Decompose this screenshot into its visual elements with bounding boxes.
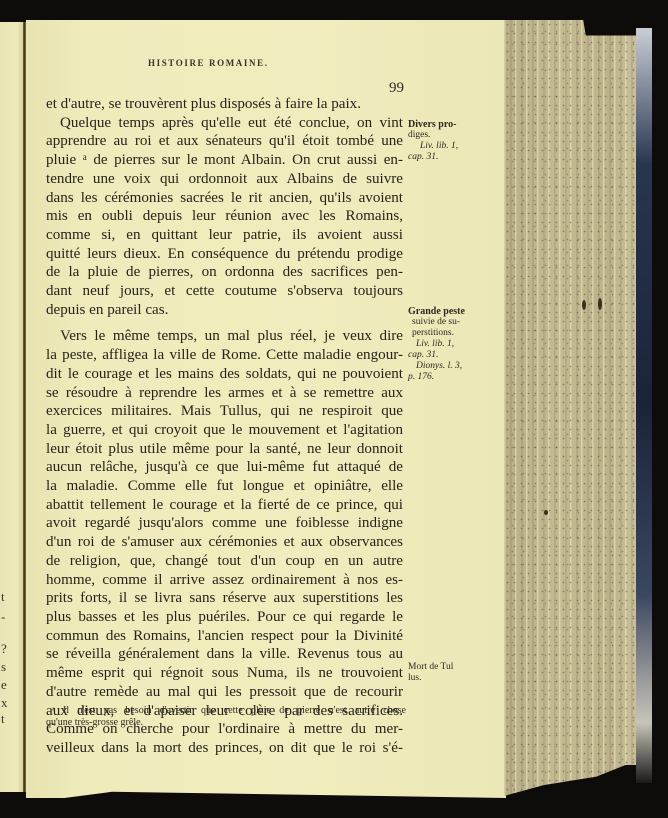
text-line: homme, comme il arrive assez ordinaireme… — [46, 571, 403, 590]
speckled-edge-texture — [504, 20, 636, 796]
facing-page-fragment: t — [1, 590, 5, 604]
text-line: même esprit qui régnoit sous Numa, ils n… — [46, 664, 403, 683]
footnote: ᵃ Il n'est pas besoin d'avertir que cett… — [46, 705, 406, 729]
text-line: commun des Romains, l'ancien respect pou… — [46, 627, 403, 646]
text-line: depuis en pareil cas. — [46, 301, 403, 320]
text-line: prits forts, il se livra sans réserve au… — [46, 589, 403, 608]
text-line: tendre une voix qui ordonnoit aux Albain… — [46, 170, 403, 189]
ink-spot — [544, 510, 548, 515]
text-line: de religion, que, changé tout d'un coup … — [46, 552, 403, 571]
text-line: quitté leurs dieux. En conséquence du pr… — [46, 245, 403, 264]
text-line: la peste, affligea la ville de Rome. Cet… — [46, 346, 403, 365]
text-line: d'autre remède au mal qui les pressoit q… — [46, 683, 403, 702]
facing-page-fragment: t — [1, 712, 5, 726]
margin-note-prodiges: Divers pro- diges. Liv. lib. 1, cap. 31. — [408, 119, 458, 163]
facing-page-fragment: s — [1, 660, 6, 674]
text-line: aucun relâche, jusqu'à ce que lui-même f… — [46, 458, 403, 477]
facing-page-fragment: ? — [1, 642, 7, 656]
text-line: de la pluie de pierres, on ordonna des s… — [46, 263, 403, 282]
facing-page-fragment: e — [1, 678, 7, 692]
text-line: leur étoit plus utile même pour la santé… — [46, 440, 403, 459]
text-line: exercices militaires. Mais Tullus, qui n… — [46, 402, 403, 421]
ink-spot — [598, 298, 602, 310]
footnote-line: ᵃ Il n'est pas besoin d'avertir que cett… — [46, 705, 406, 717]
footnote-line: qu'une très-grosse grêle. — [46, 717, 406, 729]
text-line: abattit tellement le courage et la fiert… — [46, 496, 403, 515]
margin-note-peste: Grande peste suivie de su- perstitions. … — [408, 306, 465, 383]
text-line: apprendre au roi et aux sénateurs qu'il … — [46, 132, 403, 151]
text-line: Quelque temps après qu'elle eut été conc… — [46, 114, 403, 133]
text-line: se réveilla généralement dans la ville. … — [46, 645, 403, 664]
text-line: et d'autre, se trouvèrent plus disposés … — [46, 95, 403, 114]
text-line: se résoudre à reprendre les armes et à s… — [46, 384, 403, 403]
page-block-edges — [504, 20, 636, 796]
text-line: dit le courage et les mains des soldats,… — [46, 365, 403, 384]
text-line: dans les cérémonies sacrées le rit ancie… — [46, 189, 403, 208]
text-line: la guerre, et qui croyoit que le mouveme… — [46, 421, 403, 440]
book-gutter — [23, 22, 26, 792]
text-line: la maladie. Comme elle fut longue et opi… — [46, 477, 403, 496]
text-line: dant neuf jours, et cette coutume s'obse… — [46, 282, 403, 301]
text-line: d'un roi de s'amuser aux cérémonies et a… — [46, 533, 403, 552]
body-text: et d'autre, se trouvèrent plus disposés … — [46, 95, 403, 758]
facing-page-edge: t - ? s e x t — [0, 22, 24, 792]
text-line: Vers le même temps, un mal plus réel, je… — [46, 327, 403, 346]
facing-page-fragment: - — [1, 610, 5, 624]
marbled-cover-edge — [636, 28, 652, 783]
margin-note-mort-tullus: Mort de Tul lus. — [408, 662, 453, 684]
text-line: veilleux dans la mort des princes, on di… — [46, 739, 403, 758]
text-line: mis en oubli depuis leur réunion avec le… — [46, 207, 403, 226]
text-line: pluie ᵃ de pierres sur le mont Albain. O… — [46, 151, 403, 170]
facing-page-fragment: x — [1, 696, 8, 710]
running-head: HISTOIRE ROMAINE. — [148, 58, 269, 68]
text-line: plus basses et les plus puériles. Pour c… — [46, 608, 403, 627]
ink-spot — [582, 300, 586, 310]
text-line: avoit regardé jusqu'alors comme une foib… — [46, 514, 403, 533]
text-line: comme si, en quittant leur patrie, ils a… — [46, 226, 403, 245]
